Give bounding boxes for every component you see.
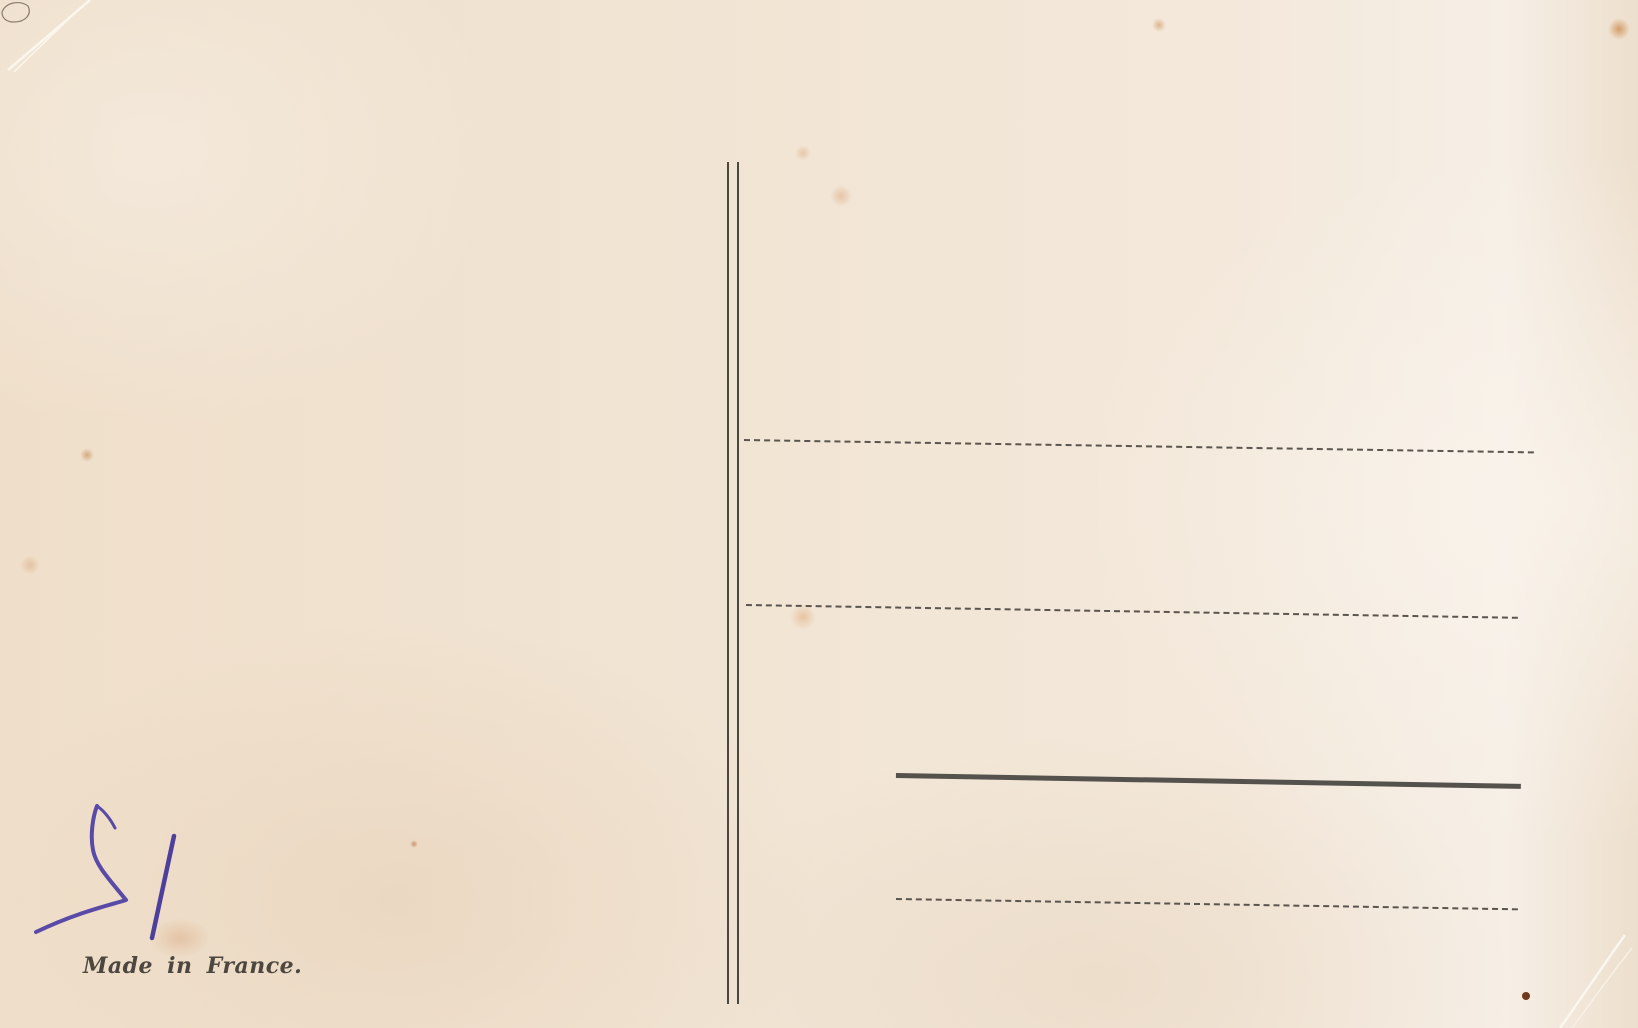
postcard-back: Made in France. bbox=[0, 0, 1638, 1028]
made-in-france-imprint: Made in France. bbox=[83, 953, 302, 979]
handwritten-pencil-mark bbox=[0, 0, 1638, 1028]
